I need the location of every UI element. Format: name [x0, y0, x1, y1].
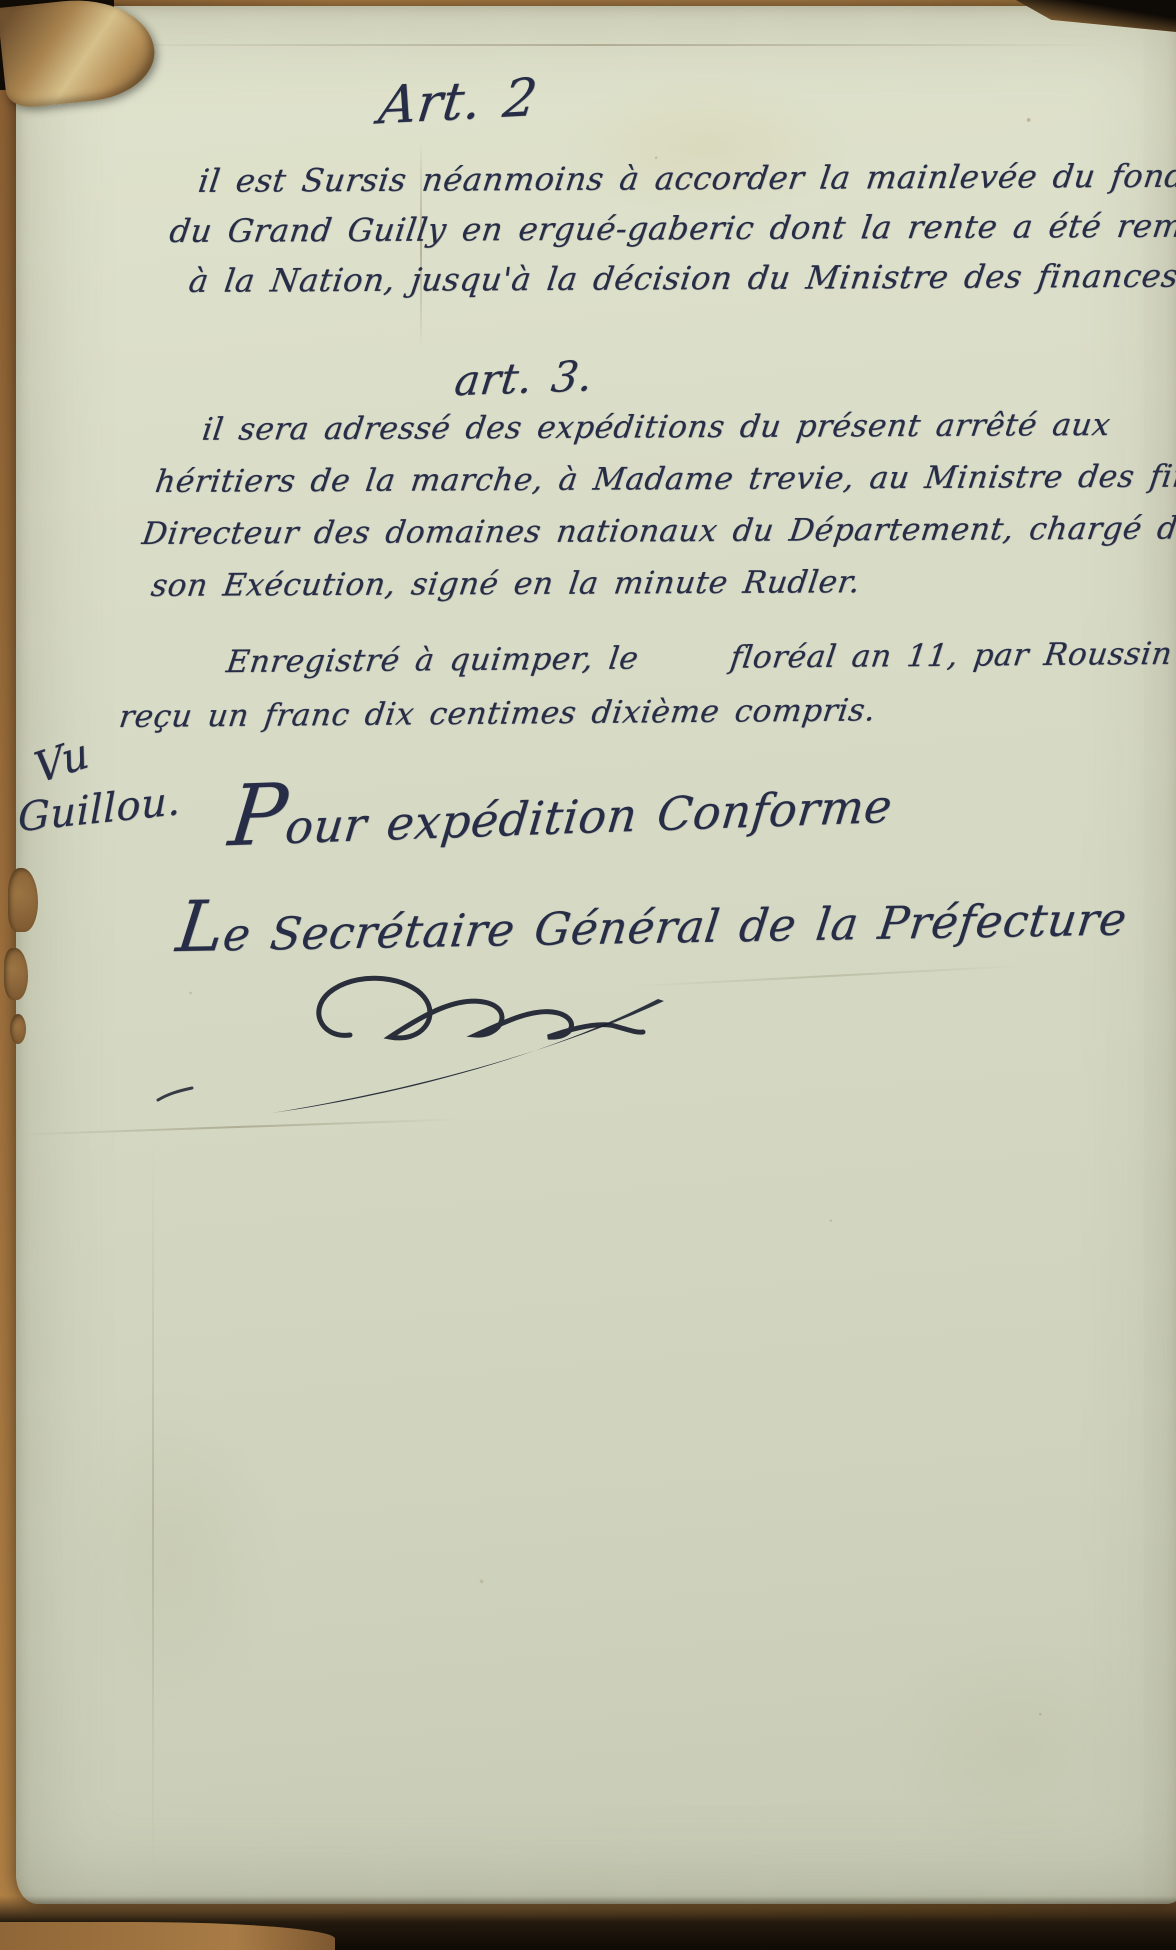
- paper-tear-left: [4, 948, 28, 1000]
- registration-line: Enregistré à quimper, lefloréal an 11, p…: [223, 626, 1176, 689]
- manuscript-line: à la Nation, jusqu'à la décision du Mini…: [186, 250, 1176, 306]
- paper-stain: [876, 1626, 1156, 1866]
- photo-of-manuscript: { "page": { "art2": { "heading": "Art. 2…: [0, 0, 1176, 1950]
- manuscript-line: il sera adressé des expéditions du prése…: [199, 398, 1176, 456]
- article-2-paragraph: il est Sursis néanmoins à accorder la ma…: [160, 150, 1176, 306]
- pen-mark: [152, 1078, 202, 1108]
- article-2-heading: Art. 2: [376, 68, 541, 137]
- registration-line-prefix: Enregistré à quimper, le: [224, 641, 641, 681]
- blank-date-space: [637, 668, 729, 669]
- article-3-paragraph: il sera adressé des expéditions du prése…: [132, 398, 1176, 612]
- manuscript-line: il est Sursis néanmoins à accorder la ma…: [195, 150, 1176, 206]
- paper-stain: [56, 1386, 286, 1726]
- registration-line-suffix: floréal an 11, par Roussin qui a: [728, 635, 1176, 676]
- registration-note: Enregistré à quimper, lefloréal an 11, p…: [116, 626, 1176, 744]
- manuscript-line: son Exécution, signé en la minute Rudler…: [148, 554, 1176, 612]
- manuscript-line: du Grand Guilly en ergué-gaberic dont la…: [166, 200, 1176, 256]
- secretary-signature-flourish: [150, 955, 710, 1155]
- article-3-heading: art. 3.: [452, 351, 596, 405]
- manuscript-line: Directeur des domaines nationaux du Dépa…: [139, 502, 1176, 560]
- manuscript-line: héritiers de la marche, à Madame trevie,…: [152, 450, 1176, 508]
- paper-tear-left: [10, 1014, 26, 1044]
- registration-line: reçu un franc dix centimes dixième compr…: [116, 680, 1176, 744]
